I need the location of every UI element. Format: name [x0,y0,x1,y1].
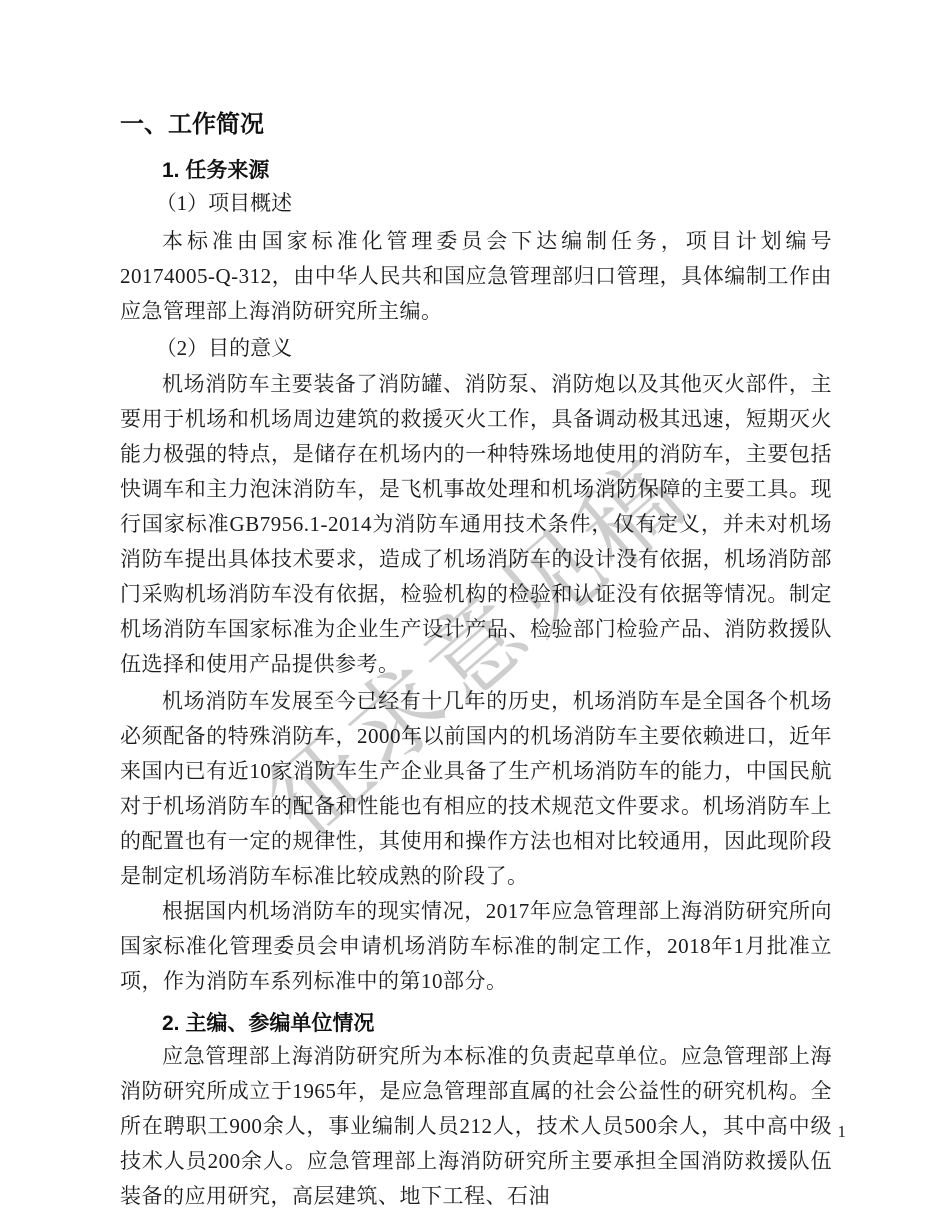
subsection-heading-purpose: （2）目的意义 [120,333,832,363]
page-number: 1 [838,1122,847,1142]
paragraph-project-approval: 根据国内机场消防车的现实情况，2017年应急管理部上海消防研究所向国家标准化管理… [120,894,832,999]
paragraph-task-source: 本标准由国家标准化管理委员会下达编制任务，项目计划编号20174005-Q-31… [120,224,832,329]
paragraph-development-history: 机场消防车发展至今已经有十几年的历史，机场消防车是全国各个机场必须配备的特殊消防… [120,684,832,894]
document-content: 一、工作简况 1. 任务来源 （1）项目概述 本标准由国家标准化管理委员会下达编… [120,0,832,1214]
paragraph-drafting-unit-intro: 应急管理部上海消防研究所为本标准的负责起草单位。应急管理部上海消防研究所成立于1… [120,1039,832,1214]
paragraph-purpose-significance: 机场消防车主要装备了消防罐、消防泵、消防炮以及其他灭火部件，主要用于机场和机场周… [120,367,832,682]
document-page: 征求意见稿 一、工作简况 1. 任务来源 （1）项目概述 本标准由国家标准化管理… [0,0,950,1230]
subsection-heading-project-overview: （1）项目概述 [120,188,832,218]
section-heading-drafting-units: 2. 主编、参编单位情况 [120,1009,832,1039]
chapter-title: 一、工作简况 [120,110,832,140]
section-heading-task-source: 1. 任务来源 [120,156,832,186]
